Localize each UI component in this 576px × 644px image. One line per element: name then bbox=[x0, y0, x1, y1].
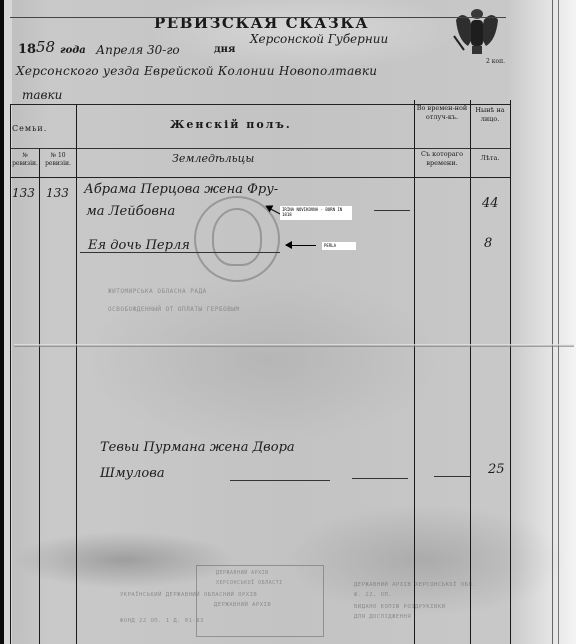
row-name-line-2: Шмулова bbox=[100, 466, 165, 481]
row-rev10-no: 133 bbox=[46, 186, 69, 200]
row-age: 44 bbox=[482, 196, 499, 211]
row-dash bbox=[374, 210, 410, 211]
page-edge-line-1 bbox=[552, 0, 553, 644]
header-rev10-no: № 10 ревизіи. bbox=[40, 152, 76, 168]
row-name-line-2: ма Лейбовна bbox=[86, 204, 175, 219]
location-handwritten: Херсонской Губернии bbox=[250, 32, 388, 46]
header-now-present: Нынѣ на лицо. bbox=[471, 106, 509, 124]
col-line-2 bbox=[76, 104, 77, 644]
paper-fold bbox=[14, 344, 574, 347]
top-rule bbox=[10, 17, 506, 18]
archive-stamp-line-5: ФОНД 22 ОП. 1 Д. 01-83 bbox=[120, 618, 204, 624]
header-divider bbox=[10, 148, 510, 149]
bleedthrough-text-2: ОСВОБОЖДЕННЫЙ ОТ ОПЛАТЫ ГЕРБОВЫМ bbox=[108, 306, 240, 313]
row-age: 8 bbox=[484, 236, 492, 251]
annotation-arrow bbox=[286, 245, 316, 246]
col-line-5 bbox=[510, 100, 511, 644]
row-name-line-1: Абрама Перцова жена Фру- bbox=[84, 182, 278, 197]
district-continuation-handwritten: тавки bbox=[22, 88, 62, 102]
header-families: Семьи. bbox=[12, 124, 74, 133]
archive-note-line-2: Ф. 22, ОП. bbox=[354, 592, 392, 598]
header-years: Лѣта. bbox=[471, 154, 509, 163]
page-edge-line-2 bbox=[558, 0, 559, 644]
row-dash bbox=[434, 476, 470, 477]
document-page: РЕВИЗСКАЯ СКАЗКА 2 коп. 18 58 года Апрел… bbox=[4, 0, 576, 644]
annotation-label: PERLA bbox=[322, 242, 356, 250]
row-rev-no: 133 bbox=[12, 186, 35, 200]
col-line-4 bbox=[470, 100, 471, 644]
row-dash bbox=[230, 480, 330, 481]
col-line-3 bbox=[414, 100, 415, 644]
header-since-when: Съ котораго времени. bbox=[415, 150, 469, 168]
row-underline bbox=[80, 252, 280, 253]
header-revision-no: № ревизіи. bbox=[11, 152, 39, 168]
row-name-line-1: Тевьи Пурмана жена Двора bbox=[100, 440, 295, 455]
annotation-label: IRINA NOVIKOVNA - BORN IN 1818 bbox=[280, 206, 352, 220]
archive-seal-emblem bbox=[212, 208, 262, 266]
bleedthrough-text-1: ЖИТОМИРСЬКА ОБЛАСНА РАДА bbox=[108, 288, 207, 295]
dnya-printed: дня bbox=[214, 44, 235, 55]
goda-printed: года bbox=[60, 45, 86, 56]
archive-stamp-line-1: ДЕРЖАВНИЙ АРХІВ bbox=[216, 570, 269, 576]
stamp-value: 2 коп. bbox=[486, 58, 505, 65]
header-bottom-border bbox=[10, 177, 510, 178]
archive-stamp-line-3: УКРАЇНСЬКИЙ ДЕРЖАВНИЙ ОБЛАСНИЙ ОРХІВ bbox=[120, 592, 257, 598]
col-line-1 bbox=[39, 148, 40, 644]
header-female-sex: Женскій полъ. bbox=[170, 118, 292, 131]
archive-note-line-1: ДЕРЖАВНИЙ АРХІВ ХЕРСОНСЬКОЇ ОБЛ. bbox=[354, 582, 476, 588]
year-handwritten: 58 bbox=[36, 38, 55, 56]
archive-note-line-4: ДЛЯ ДОСЛІДЖЕННЯ bbox=[354, 614, 411, 620]
row-name-line-1: Ея дочь Перля bbox=[88, 238, 190, 253]
imperial-eagle-icon bbox=[452, 6, 502, 58]
row-dash bbox=[352, 478, 408, 479]
archive-stamp-line-4: ДЕРЖАВНИЙ АРХІВ bbox=[214, 602, 271, 608]
category-handwritten: Земледѣльцы bbox=[172, 152, 254, 165]
district-handwritten: Херсонского уезда Еврейской Колонии Ново… bbox=[16, 64, 377, 78]
header-temporary-absence: Во времен-ной отлуч-къ. bbox=[415, 104, 469, 122]
col-line-0 bbox=[10, 104, 11, 644]
archive-note-line-3: ВИДАНО КОПІЮ РОЗДРУКІВКИ bbox=[354, 604, 445, 610]
year-printed-prefix: 18 bbox=[18, 42, 36, 57]
archive-stamp-line-2: ХЕРСОНСЬКОЇ ОБЛАСТІ bbox=[216, 580, 283, 586]
row-age: 25 bbox=[488, 462, 505, 477]
date-handwritten: Апреля 30-го bbox=[96, 43, 180, 57]
